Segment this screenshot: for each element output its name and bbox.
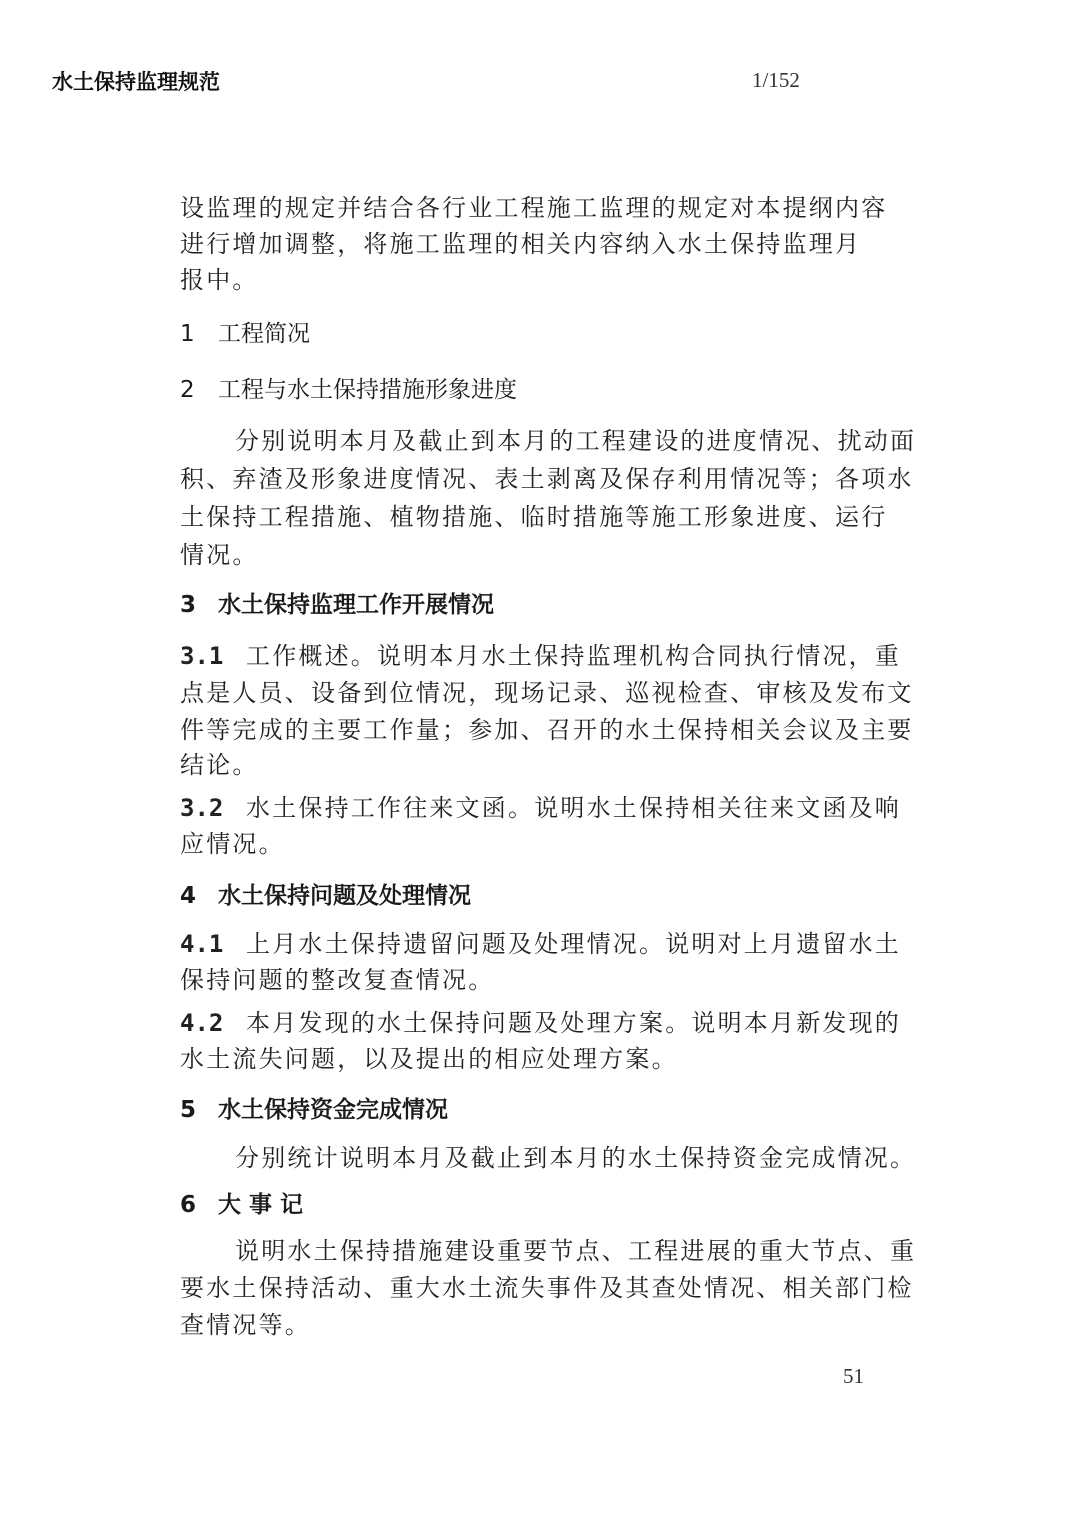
section-number: 5 [180, 1097, 218, 1123]
subsection-text: 上月水土保持遗留问题及处理情况。说明对上月遗留水土 [246, 930, 901, 958]
text-line: 点是人员、设备到位情况，现场记录、巡视检查、审核及发布文 [180, 673, 914, 708]
subsection-text: 本月发现的水土保持问题及处理方案。说明本月新发现的 [246, 1009, 901, 1037]
text-line: 水土流失问题，以及提出的相应处理方案。 [180, 1039, 678, 1074]
text-line: 件等完成的主要工作量；参加、召开的水土保持相关会议及主要 [180, 710, 914, 745]
section-title: 水土保持资金完成情况 [218, 1097, 448, 1123]
text-line: 报中。 [180, 260, 259, 295]
text-line: 分别统计说明本月及截止到本月的水土保持资金完成情况。 [235, 1138, 916, 1173]
section-heading-5: 5水土保持资金完成情况 [180, 1091, 448, 1124]
text-line: 应情况。 [180, 824, 285, 859]
text-line: 设监理的规定并结合各行业工程施工监理的规定对本提纲内容 [180, 188, 887, 223]
page-number: 51 [843, 1364, 864, 1389]
text-line: 保持问题的整改复查情况。 [180, 960, 494, 995]
subsection-number: 3.1 [180, 642, 246, 670]
document-title: 水土保持监理规范 [52, 66, 220, 96]
subsection-number: 4.2 [180, 1009, 246, 1037]
text-line: 4.1上月水土保持遗留问题及处理情况。说明对上月遗留水土 [180, 924, 901, 959]
section-heading-2: 2工程与水土保持措施形象进度 [180, 371, 517, 404]
subsection-text: 水土保持工作往来文函。说明水土保持相关往来文函及响 [246, 794, 901, 822]
text-line: 土保持工程措施、植物措施、临时措施等施工形象进度、运行 [180, 497, 887, 532]
section-title: 水土保持问题及处理情况 [218, 883, 471, 909]
text-line: 3.2水土保持工作往来文函。说明水土保持相关往来文函及响 [180, 788, 901, 823]
text-line: 分别说明本月及截止到本月的工程建设的进度情况、扰动面 [235, 421, 916, 456]
subsection-number: 4.1 [180, 930, 246, 958]
subsection-number: 3.2 [180, 794, 246, 822]
section-heading-3: 3水土保持监理工作开展情况 [180, 586, 494, 619]
section-title: 大事记 [218, 1192, 311, 1218]
text-line: 进行增加调整，将施工监理的相关内容纳入水土保持监理月 [180, 224, 861, 259]
section-number: 3 [180, 592, 218, 618]
text-line: 要水土保持活动、重大水土流失事件及其查处情况、相关部门检 [180, 1268, 914, 1303]
text-line: 说明水土保持措施建设重要节点、工程进展的重大节点、重 [235, 1231, 916, 1266]
section-title: 水土保持监理工作开展情况 [218, 592, 494, 618]
text-line: 4.2本月发现的水土保持问题及处理方案。说明本月新发现的 [180, 1003, 901, 1038]
text-line: 情况。 [180, 535, 259, 570]
section-number: 4 [180, 883, 218, 909]
section-title: 工程与水土保持措施形象进度 [218, 377, 517, 403]
subsection-text: 工作概述。说明本月水土保持监理机构合同执行情况，重 [246, 642, 901, 670]
page-counter: 1/152 [752, 68, 800, 93]
text-line: 3.1工作概述。说明本月水土保持监理机构合同执行情况，重 [180, 636, 901, 671]
text-line: 查情况等。 [180, 1305, 311, 1340]
section-title: 工程简况 [218, 321, 310, 347]
section-number: 6 [180, 1192, 218, 1218]
text-line: 积、弃渣及形象进度情况、表土剥离及保存利用情况等；各项水 [180, 459, 914, 494]
section-heading-6: 6大事记 [180, 1186, 311, 1219]
section-number: 2 [180, 377, 218, 403]
text-line: 结论。 [180, 745, 259, 780]
section-heading-4: 4水土保持问题及处理情况 [180, 877, 471, 910]
section-number: 1 [180, 321, 218, 347]
section-heading-1: 1工程简况 [180, 315, 310, 348]
